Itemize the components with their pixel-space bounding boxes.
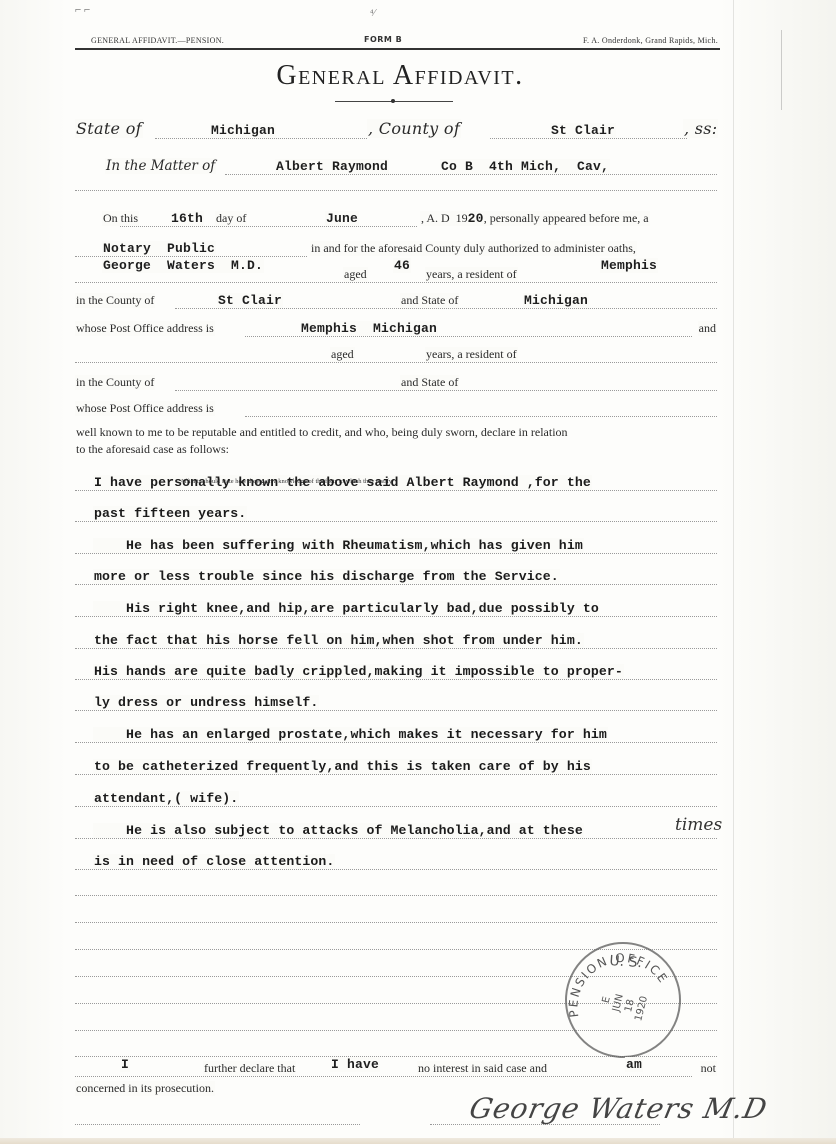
- officer-title-field[interactable]: Notary Public: [102, 241, 216, 256]
- venue-row: State of Michigan , County of St Clair ,…: [75, 118, 717, 142]
- state-field[interactable]: Michigan: [210, 123, 276, 138]
- po-label: whose Post Office address is: [75, 321, 215, 336]
- statement-line: to be catheterized frequently,and this i…: [75, 758, 717, 778]
- resident-label: years, a resident of: [425, 267, 518, 282]
- declaration-row: I further declare that I have no interes…: [75, 1060, 717, 1080]
- form-header: GENERAL AFFIDAVIT.—PENSION. FORM B F. A.…: [76, 34, 718, 48]
- svg-text:1920: 1920: [633, 995, 650, 1022]
- on-this-label: On this: [102, 211, 139, 226]
- pension-office-stamp: PENSION OFFICE U. S. E JUN 18 1920: [561, 938, 685, 1062]
- page-title: General Affidavit.: [0, 60, 800, 92]
- interest-label: no interest in said case and: [417, 1061, 548, 1076]
- affiant1-row: George Waters M.D. aged 46 years, a resi…: [75, 262, 717, 286]
- statement-text[interactable]: He has been suffering with Rheumatism,wh…: [93, 538, 584, 553]
- age-field[interactable]: 46: [393, 258, 411, 273]
- intro-line-2: to the aforesaid case as follows:: [75, 441, 717, 461]
- affiant1-county-row: in the County of St Clair and State of M…: [75, 292, 717, 312]
- svg-text:E: E: [601, 996, 613, 1005]
- statement-text[interactable]: attendant,( wife).: [93, 791, 239, 806]
- ss-label: , ss:: [683, 119, 718, 138]
- affiant1-name-field[interactable]: George Waters M.D.: [102, 258, 264, 273]
- statement-text[interactable]: He has an enlarged prostate,which makes …: [93, 727, 608, 742]
- affiant2-row: aged years, a resident of: [75, 346, 717, 366]
- statement-line: He is also subject to attacks of Melanch…: [75, 822, 717, 842]
- claimant-name-field[interactable]: Albert Raymond: [275, 159, 389, 174]
- statement-line: the fact that his horse fell on him,when…: [75, 632, 717, 652]
- corner-mark: ⌐ ⌐: [75, 4, 90, 16]
- month-field[interactable]: June: [325, 211, 359, 226]
- affiant1-po-field[interactable]: Memphis Michigan: [300, 321, 438, 336]
- county-of-label: in the County of: [75, 293, 155, 308]
- further-label: further declare that: [203, 1061, 296, 1076]
- header-form-number: FORM B: [364, 35, 402, 44]
- statement-text[interactable]: to be catheterized frequently,and this i…: [93, 759, 592, 774]
- statement-line: past fifteen years.: [75, 505, 717, 525]
- officer-text: in and for the aforesaid County duly aut…: [310, 241, 637, 256]
- statement-line: more or less trouble since his discharge…: [75, 568, 717, 588]
- statement-line: ly dress or undress himself.: [75, 694, 717, 714]
- day-of-label: day of: [215, 211, 247, 226]
- day-field[interactable]: 16th: [170, 211, 204, 226]
- affiant2-po-label: whose Post Office address is: [75, 401, 215, 416]
- statement-text[interactable]: the fact that his horse fell on him,when…: [93, 633, 584, 648]
- affiant-signature: George Waters M.D: [466, 1092, 770, 1125]
- statement-line: His right knee,and hip,are particularly …: [75, 600, 717, 620]
- matter-blank-line: [75, 180, 717, 194]
- statement-text[interactable]: more or less trouble since his discharge…: [93, 569, 560, 584]
- statement-text[interactable]: is in need of close attention.: [93, 854, 335, 869]
- affiant2-county-row: in the County of and State of: [75, 374, 717, 394]
- handwritten-insert: times: [675, 815, 722, 835]
- ad-label: , A. D 1920, personally appeared before …: [420, 211, 650, 226]
- year-field[interactable]: 20: [468, 211, 484, 226]
- affidavit-page: ⌐ ⌐ ⁴⁄ GENERAL AFFIDAVIT.—PENSION. FORM …: [0, 0, 836, 1144]
- statement-text[interactable]: His hands are quite badly crippled,makin…: [93, 664, 624, 679]
- affiant1-county-field[interactable]: St Clair: [217, 293, 283, 308]
- instruction-note: Affiants should state how they gain a kn…: [180, 478, 393, 485]
- affiant2-po-row: whose Post Office address is: [75, 400, 717, 420]
- header-left: GENERAL AFFIDAVIT.—PENSION.: [91, 36, 224, 45]
- concerned-field[interactable]: am: [625, 1057, 643, 1072]
- statement-line: His hands are quite badly crippled,makin…: [75, 663, 717, 683]
- title-ornament: [335, 101, 453, 102]
- claimant-unit-field[interactable]: Co B 4th Mich, Cav,: [440, 159, 610, 174]
- affiant2-state-label: and State of: [400, 375, 459, 390]
- witness-signature-line[interactable]: [75, 1124, 360, 1125]
- state-of-label: and State of: [400, 293, 459, 308]
- state-label: State of: [75, 119, 143, 138]
- not-label: not: [700, 1061, 717, 1076]
- affiant2-county-label: in the County of: [75, 375, 155, 390]
- aged-label: aged: [343, 267, 368, 282]
- affiant1-state-field[interactable]: Michigan: [523, 293, 589, 308]
- blank-ruled-line[interactable]: [75, 885, 717, 899]
- affiant1-po-row: whose Post Office address is Memphis Mic…: [75, 320, 717, 340]
- declarant-field[interactable]: I: [120, 1057, 130, 1072]
- officer-row: Notary Public in and for the aforesaid C…: [75, 240, 717, 260]
- statement-text[interactable]: ly dress or undress himself.: [93, 695, 319, 710]
- statement-line: I have personally known the above said A…: [75, 474, 717, 494]
- matter-label: In the Matter of: [105, 158, 216, 174]
- statement-text[interactable]: He is also subject to attacks of Melanch…: [93, 823, 584, 838]
- statement-line: attendant,( wife).: [75, 790, 717, 810]
- statement-text[interactable]: past fifteen years.: [93, 506, 247, 521]
- affiant2-resident-label: years, a resident of: [425, 347, 518, 362]
- residence-field[interactable]: Memphis: [600, 258, 658, 273]
- statement-text[interactable]: His right knee,and hip,are particularly …: [93, 601, 600, 616]
- header-rule: [75, 48, 720, 50]
- statement-line: He has been suffering with Rheumatism,wh…: [75, 537, 717, 557]
- date-row: On this 16th day of June , A. D 1920, pe…: [75, 210, 717, 230]
- page-edge: [0, 1138, 836, 1144]
- county-label: , County of: [367, 119, 461, 138]
- statement-line: He has an enlarged prostate,which makes …: [75, 726, 717, 746]
- blank-ruled-line[interactable]: [75, 912, 717, 926]
- matter-row: In the Matter of Albert Raymond Co B 4th…: [75, 158, 717, 178]
- header-printer: F. A. Onderdonk, Grand Rapids, Mich.: [583, 36, 718, 45]
- and-label: and: [698, 321, 717, 336]
- svg-text:U. S.: U. S.: [609, 953, 643, 971]
- affiant2-aged-label: aged: [330, 347, 355, 362]
- county-field[interactable]: St Clair: [550, 123, 616, 138]
- fold-line: [733, 0, 734, 1144]
- top-mark: ⁴⁄: [370, 8, 375, 19]
- statement-line: is in need of close attention.: [75, 853, 717, 873]
- interest-field[interactable]: I have: [330, 1057, 380, 1072]
